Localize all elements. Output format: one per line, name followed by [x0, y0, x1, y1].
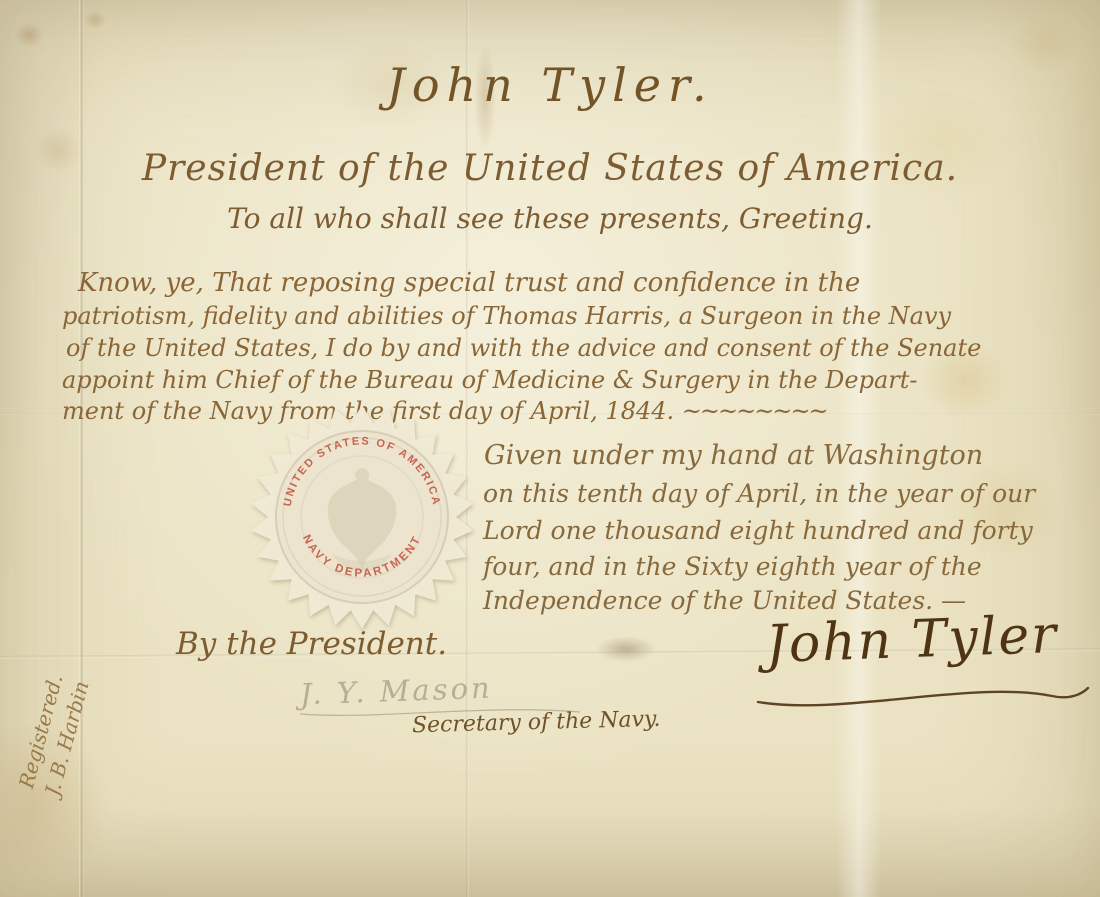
- secretary-of-navy-line: Secretary of the Navy.: [412, 707, 661, 738]
- given-line: Given under my hand at Washington: [484, 440, 983, 471]
- tyler-signature-flourish: [752, 684, 1092, 718]
- ink-flourish: ~~~~~~~~: [682, 397, 827, 425]
- given-line: on this tenth day of April, in the year …: [483, 479, 1035, 508]
- body-line: of the United States, I do by and with t…: [66, 334, 981, 362]
- body-line: appoint him Chief of the Bureau of Medic…: [62, 366, 918, 394]
- salutation-line: To all who shall see these presents, Gre…: [0, 202, 1100, 235]
- stain-smudge: [596, 636, 656, 662]
- stain-spot: [950, 460, 1060, 560]
- seal-graphic: UNITED STATES OF AMERICA NAVY DEPARTMENT: [244, 404, 480, 630]
- given-line: Lord one thousand eight hundred and fort…: [483, 516, 1033, 545]
- document-subtitle: President of the United States of Americ…: [0, 148, 1100, 189]
- registered-notation: Registered. J. B. Harbin: [0, 583, 135, 891]
- stain-spot: [14, 22, 44, 48]
- body-line: Know, ye, That reposing special trust an…: [78, 268, 860, 298]
- body-line: patriotism, fidelity and abilities of Th…: [62, 302, 951, 330]
- stain-spot: [84, 10, 106, 30]
- document-title: John Tyler.: [0, 58, 1100, 112]
- parchment-document: John Tyler. President of the United Stat…: [0, 0, 1100, 897]
- john-tyler-signature: John Tyler: [765, 605, 1059, 675]
- given-line: four, and in the Sixty eighth year of th…: [483, 552, 982, 581]
- navy-department-seal: UNITED STATES OF AMERICA NAVY DEPARTMENT: [244, 404, 480, 634]
